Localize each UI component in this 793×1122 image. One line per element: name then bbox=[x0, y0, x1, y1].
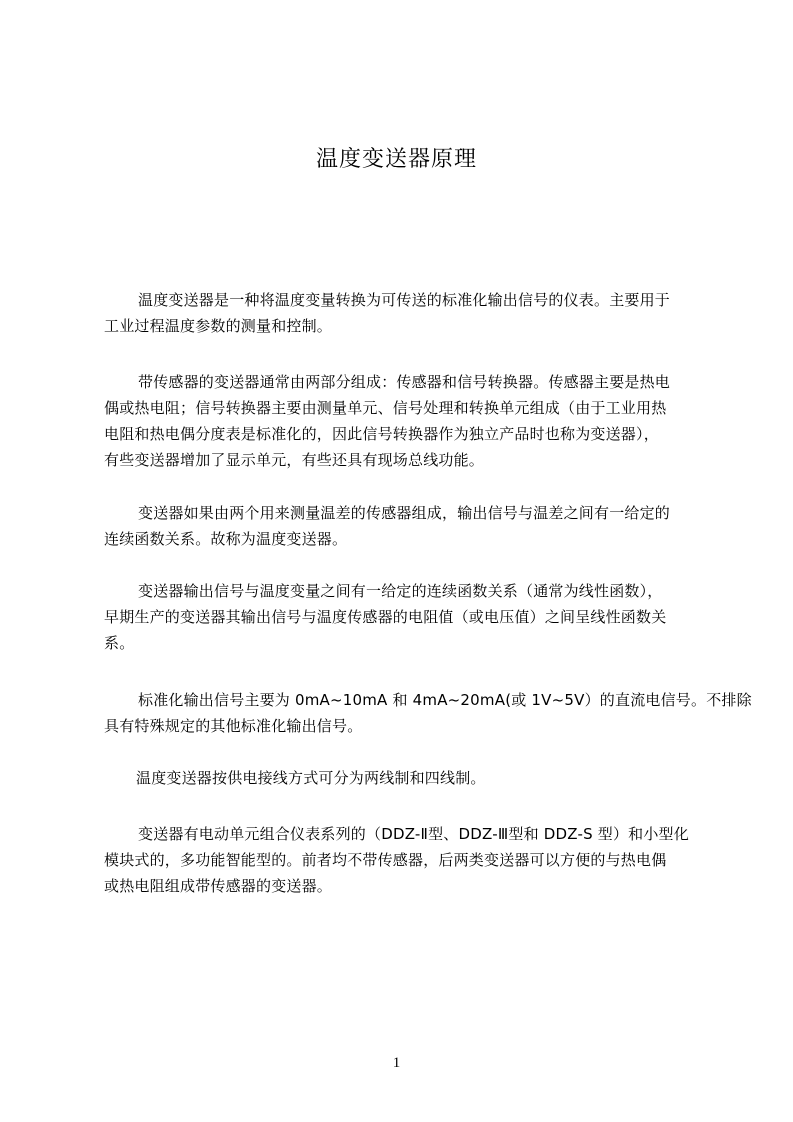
text-line: 具有特殊规定的其他标准化输出信号。 bbox=[104, 713, 704, 739]
paragraph-2: 带传感器的变送器通常由两部分组成：传感器和信号转换器。传感器主要是热电 偶或热电… bbox=[104, 369, 704, 473]
text-line: 连续函数关系。故称为温度变送器。 bbox=[104, 526, 704, 552]
paragraph-6: 温度变送器按供电接线方式可分为两线制和四线制。 bbox=[104, 765, 704, 791]
text-line: 系。 bbox=[104, 630, 704, 656]
text-line: 标准化输出信号主要为 0mA~10mA 和 4mA~20mA(或 1V~5V）的… bbox=[104, 687, 704, 713]
text-line: 或热电阻组成带传感器的变送器。 bbox=[104, 873, 704, 899]
document-title: 温度变送器原理 bbox=[0, 142, 793, 173]
text-line: 有些变送器增加了显示单元，有些还具有现场总线功能。 bbox=[104, 447, 704, 473]
text-line: 模块式的，多功能智能型的。前者均不带传感器，后两类变送器可以方便的与热电偶 bbox=[104, 847, 704, 873]
text-line: 变送器如果由两个用来测量温差的传感器组成，输出信号与温差之间有一给定的 bbox=[104, 500, 704, 526]
text-line: 电阻和热电偶分度表是标准化的，因此信号转换器作为独立产品时也称为变送器）， bbox=[104, 421, 704, 447]
text-line: 偶或热电阻；信号转换器主要由测量单元、信号处理和转换单元组成（由于工业用热 bbox=[104, 395, 704, 421]
text-line: 变送器有电动单元组合仪表系列的（DDZ-Ⅱ型、DDZ-Ⅲ型和 DDZ-S 型）和… bbox=[104, 821, 704, 847]
text-line: 早期生产的变送器其输出信号与温度传感器的电阻值（或电压值）之间呈线性函数关 bbox=[104, 604, 704, 630]
text-line: 温度变送器按供电接线方式可分为两线制和四线制。 bbox=[104, 765, 704, 791]
paragraph-4: 变送器输出信号与温度变量之间有一给定的连续函数关系（通常为线性函数）， 早期生产… bbox=[104, 578, 704, 656]
paragraph-1: 温度变送器是一种将温度变量转换为可传送的标准化输出信号的仪表。主要用于 工业过程… bbox=[104, 287, 704, 339]
text-line: 工业过程温度参数的测量和控制。 bbox=[104, 313, 704, 339]
page-number: 1 bbox=[0, 1055, 793, 1072]
paragraph-7: 变送器有电动单元组合仪表系列的（DDZ-Ⅱ型、DDZ-Ⅲ型和 DDZ-S 型）和… bbox=[104, 821, 704, 899]
text-line: 带传感器的变送器通常由两部分组成：传感器和信号转换器。传感器主要是热电 bbox=[104, 369, 704, 395]
text-line: 温度变送器是一种将温度变量转换为可传送的标准化输出信号的仪表。主要用于 bbox=[104, 287, 704, 313]
paragraph-5: 标准化输出信号主要为 0mA~10mA 和 4mA~20mA(或 1V~5V）的… bbox=[104, 687, 704, 739]
text-line: 变送器输出信号与温度变量之间有一给定的连续函数关系（通常为线性函数）， bbox=[104, 578, 704, 604]
paragraph-3: 变送器如果由两个用来测量温差的传感器组成，输出信号与温差之间有一给定的 连续函数… bbox=[104, 500, 704, 552]
